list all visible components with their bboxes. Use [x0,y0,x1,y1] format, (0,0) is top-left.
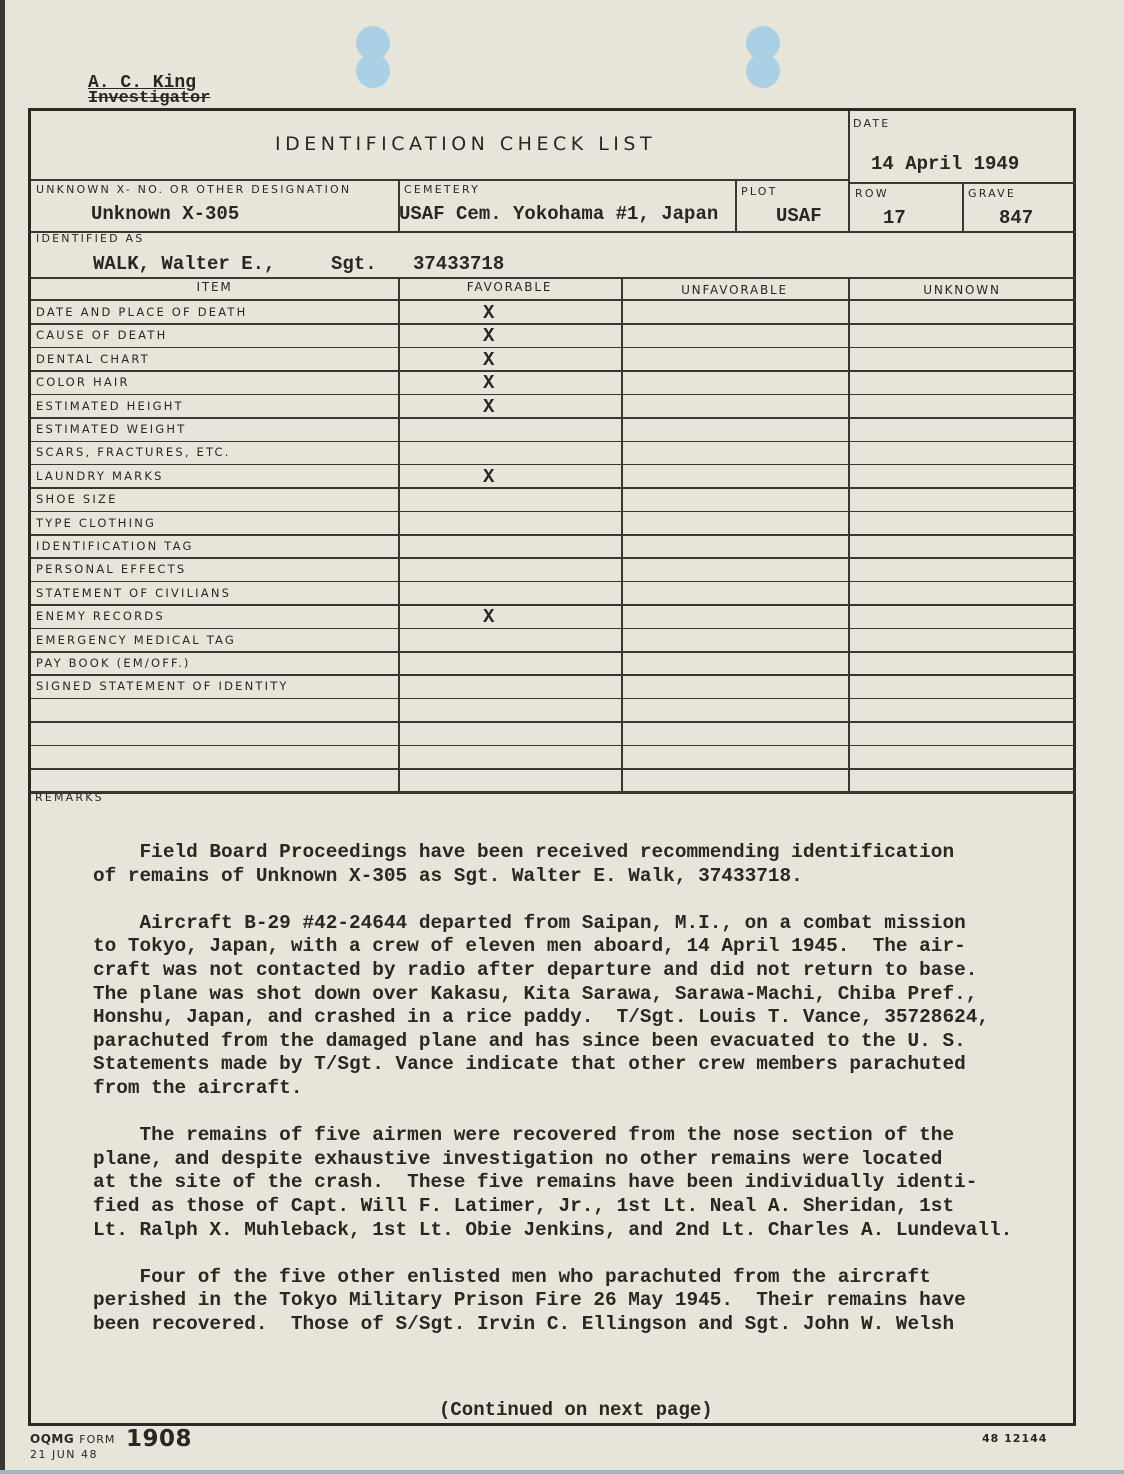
date-value: 14 April 1949 [871,153,1019,175]
investigator-role: Investigator [88,92,210,106]
remarks-paragraph: Aircraft B-29 #42-24644 departed from Sa… [93,912,1053,1101]
plot-label: PLOT [741,185,778,198]
checklist-row: SHOE SIZE [31,487,1073,510]
item-label: TYPE CLOTHING [36,516,156,530]
form-identifier: OQMG FORM 21 JUN 48 1908 [30,1428,115,1461]
favorable-mark: X [483,396,494,418]
remarks-label: REMARKS [35,791,104,804]
item-label: SHOE SIZE [36,492,118,506]
checklist-row: LAUNDRY MARKSX [31,464,1073,487]
column-header-item: ITEM [31,280,398,294]
checklist-row: COLOR HAIRX [31,370,1073,393]
identification-check-list-form: IDENTIFICATION CHECK LIST DATE 14 April … [28,108,1076,1426]
checklist-header-row: ITEM FAVORABLE UNFAVORABLE UNKNOWN [31,277,1073,300]
row-value: 17 [883,207,906,229]
checklist-row: PERSONAL EFFECTS [31,557,1073,580]
form-date: 21 JUN 48 [30,1448,115,1461]
checklist-row: SCARS, FRACTURES, ETC. [31,440,1073,463]
punch-hole-left [356,26,390,88]
checklist-row: PAY BOOK (EM/OFF.) [31,651,1073,674]
form-title: IDENTIFICATION CHECK LIST [275,133,656,155]
page-edge-bottom [0,1470,1124,1474]
punch-hole-right [746,26,780,88]
checklist-row: TYPE CLOTHING [31,511,1073,534]
checklist-row: EMERGENCY MEDICAL TAG [31,628,1073,651]
identified-as-label: IDENTIFIED AS [36,232,144,245]
checklist-row: STATEMENT OF CIVILIANS [31,581,1073,604]
item-label: EMERGENCY MEDICAL TAG [36,633,236,647]
checklist-row-blank [31,698,1073,721]
row-label: ROW [855,187,889,200]
checklist-row: SIGNED STATEMENT OF IDENTITY [31,674,1073,697]
item-label: PERSONAL EFFECTS [36,562,186,576]
favorable-mark: X [483,466,494,488]
unknown-designation-label: UNKNOWN X- NO. OR OTHER DESIGNATION [36,183,351,196]
plot-value: USAF [776,205,822,227]
checklist-row: DATE AND PLACE OF DEATHX [31,300,1073,323]
checklist-row-blank [31,721,1073,744]
remarks-paragraph: Four of the five other enlisted men who … [93,1266,1053,1337]
checklist-row-blank [31,768,1073,791]
column-header-favorable: FAVORABLE [398,280,621,294]
item-label: PAY BOOK (EM/OFF.) [36,656,191,670]
favorable-mark: X [483,325,494,347]
item-label: ENEMY RECORDS [36,609,165,623]
unknown-designation-value: Unknown X-305 [91,203,239,225]
investigator-signature-block: A. C. King Investigator [88,74,210,106]
continued-note: (Continued on next page) [439,1399,713,1421]
checklist-row: CAUSE OF DEATHX [31,323,1073,346]
print-code: 48 12144 [982,1432,1047,1445]
checklist-row: DENTAL CHARTX [31,347,1073,370]
remarks-paragraph: Field Board Proceedings have been receiv… [93,841,1053,888]
item-label: SIGNED STATEMENT OF IDENTITY [36,679,289,693]
item-label: CAUSE OF DEATH [36,328,167,342]
identified-name: WALK, Walter E., [93,253,275,275]
checklist-row: ENEMY RECORDSX [31,604,1073,627]
favorable-mark: X [483,372,494,394]
checklist-row: ESTIMATED HEIGHTX [31,394,1073,417]
cemetery-label: CEMETERY [404,183,480,196]
form-code: OQMG [30,1432,74,1446]
grave-label: GRAVE [968,187,1016,200]
item-label: IDENTIFICATION TAG [36,539,194,553]
form-word: FORM [79,1433,115,1446]
item-label: ESTIMATED WEIGHT [36,422,187,436]
item-label: DENTAL CHART [36,352,150,366]
checklist-row: IDENTIFICATION TAG [31,534,1073,557]
date-label: DATE [853,117,890,130]
favorable-mark: X [483,349,494,371]
item-label: SCARS, FRACTURES, ETC. [36,445,231,459]
identified-serial: 37433718 [413,253,504,275]
checklist-row: ESTIMATED WEIGHT [31,417,1073,440]
item-label: COLOR HAIR [36,375,130,389]
checklist-row-blank [31,745,1073,768]
favorable-mark: X [483,606,494,628]
column-header-unknown: UNKNOWN [848,283,1076,297]
identified-rank: Sgt. [331,253,377,275]
item-label: LAUNDRY MARKS [36,469,164,483]
grave-value: 847 [999,207,1033,229]
favorable-mark: X [483,302,494,324]
remarks-paragraph: The remains of five airmen were recovere… [93,1124,1053,1242]
form-number: 1908 [126,1426,192,1452]
page-edge [0,0,5,1474]
item-label: STATEMENT OF CIVILIANS [36,586,231,600]
column-header-unfavorable: UNFAVORABLE [621,283,848,297]
cemetery-value: USAF Cem. Yokohama #1, Japan [399,203,718,225]
item-label: ESTIMATED HEIGHT [36,399,184,413]
remarks-body: Field Board Proceedings have been receiv… [93,841,1053,1360]
item-label: DATE AND PLACE OF DEATH [36,305,247,319]
